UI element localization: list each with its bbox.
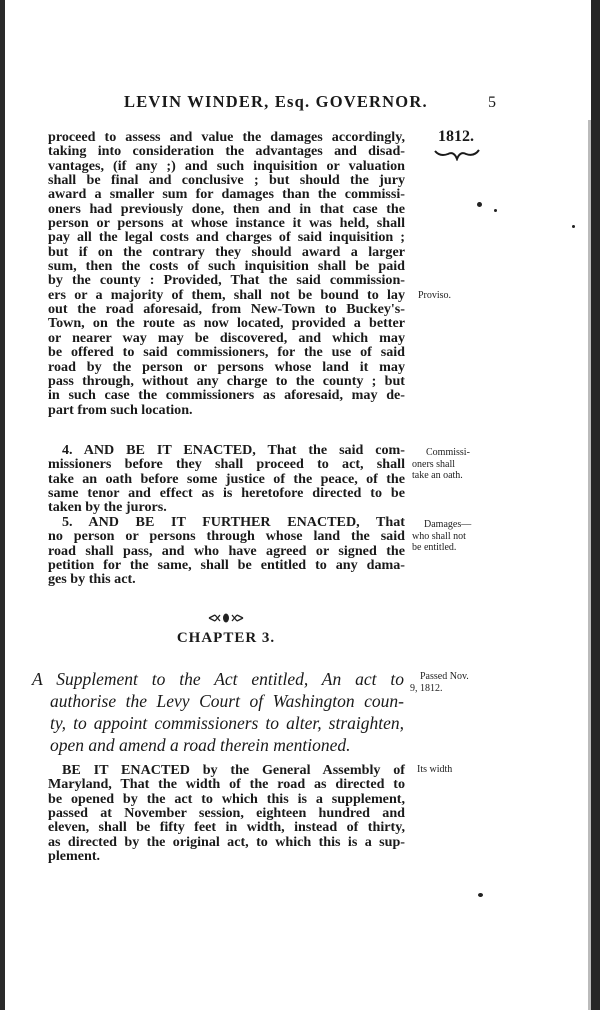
scan-edge-shadow: [588, 120, 591, 1010]
note-line: Damages—: [412, 519, 471, 531]
text-line: or nearer way may be discovered, and whi…: [48, 331, 405, 345]
text-line: open and amend a road therein mentioned.: [32, 734, 404, 756]
text-line: shall be final and conclusive ; but shou…: [48, 173, 405, 187]
text-line: Town, on the route as now located, provi…: [48, 316, 405, 330]
section-5-paragraph: 5. AND BE IT FURTHER ENACTED, That no pe…: [48, 515, 405, 587]
text-line: person or persons at whose instance it w…: [48, 216, 405, 230]
text-line: by the county : Provided, That the said …: [48, 273, 405, 287]
text-line: sum, then the costs of such inquisition …: [48, 259, 405, 273]
text-line: ges by this act.: [48, 572, 405, 586]
note-line: Passed Nov.: [410, 671, 469, 683]
section-4-paragraph: 4. AND BE IT ENACTED, That the said com-…: [48, 443, 405, 515]
margin-note-damages: Damages— who shall not be entitled.: [412, 519, 471, 554]
margin-note-passed: Passed Nov. 9, 1812.: [410, 671, 469, 694]
text-line: award a smaller sum for damages than the…: [48, 187, 405, 201]
text-line: road by the person or persons whose land…: [48, 360, 405, 374]
text-line: passed at November session, eighteen hun…: [48, 806, 405, 820]
text-line: proceed to assess and value the damages …: [48, 130, 405, 144]
enacting-paragraph: BE IT ENACTED by the General Assembly of…: [48, 763, 405, 863]
page-number: 5: [488, 94, 496, 112]
text-line: as directed by the original act, to whic…: [48, 835, 405, 849]
text-line: A Supplement to the Act entitled, An act…: [32, 668, 404, 690]
text-line: same tenor and effect as is heretofore d…: [48, 486, 405, 500]
continuation-paragraph: proceed to assess and value the damages …: [48, 130, 405, 417]
note-line: who shall not: [412, 531, 471, 543]
text-line: be opened by the act to which this is a …: [48, 792, 405, 806]
margin-note-width: Its width: [417, 764, 452, 776]
text-line: road shall pass, and who have agreed or …: [48, 544, 405, 558]
text-line: Maryland, That the width of the road as …: [48, 777, 405, 791]
margin-year: 1812.: [438, 128, 474, 146]
act-title: A Supplement to the Act entitled, An act…: [32, 668, 404, 756]
text-line: ty, to appoint commissioners to alter, s…: [32, 712, 404, 734]
scan-edge-right: [591, 0, 600, 1010]
ink-speck: [477, 202, 482, 207]
text-line: be offered to said commissioners, for th…: [48, 345, 405, 359]
text-line: eleven, shall be fifty feet in width, in…: [48, 820, 405, 834]
text-line: BE IT ENACTED by the General Assembly of: [48, 763, 405, 777]
brace-ornament-icon: [434, 147, 480, 161]
text-line: oners had previously done, then and in t…: [48, 202, 405, 216]
text-line: authorise the Levy Court of Washington c…: [32, 690, 404, 712]
text-line: 4. AND BE IT ENACTED, That the said com-: [48, 443, 405, 457]
text-line: vantages, (if any ;) and such inquisitio…: [48, 159, 405, 173]
text-line: ers or a majority of them, shall not be …: [48, 288, 405, 302]
ink-speck: [572, 225, 575, 228]
text-line: pay all the legal costs and charges of s…: [48, 230, 405, 244]
scan-edge-left: [0, 0, 5, 1010]
note-line: take an oath.: [412, 470, 470, 482]
text-line: petition for the same, shall be entitled…: [48, 558, 405, 572]
text-line: 5. AND BE IT FURTHER ENACTED, That: [48, 515, 405, 529]
note-line: oners shall: [412, 459, 470, 471]
text-line: missioners before they shall proceed to …: [48, 457, 405, 471]
text-line: plement.: [48, 849, 405, 863]
ornament-divider-icon: [208, 613, 244, 623]
running-head: LEVIN WINDER, Esq. GOVERNOR.: [124, 92, 428, 112]
text-line: taken by the jurors.: [48, 500, 405, 514]
note-line: 9, 1812.: [410, 683, 469, 695]
text-line: pass through, without any charge to the …: [48, 374, 405, 388]
ink-speck: [478, 893, 483, 897]
ink-speck: [494, 209, 497, 212]
note-line: Commissi-: [412, 447, 470, 459]
text-line: out the road aforesaid, from New-Town to…: [48, 302, 405, 316]
text-line: part from such location.: [48, 403, 405, 417]
text-line: taking into consideration the advantages…: [48, 144, 405, 158]
text-line: in such case the commissioners as afores…: [48, 388, 405, 402]
note-line: be entitled.: [412, 542, 471, 554]
text-line: no person or persons through whose land …: [48, 529, 405, 543]
margin-note-proviso: Proviso.: [418, 290, 451, 302]
chapter-title: CHAPTER 3.: [0, 630, 452, 647]
margin-note-oath: Commissi- oners shall take an oath.: [412, 447, 470, 482]
text-line: take an oath before some justice of the …: [48, 472, 405, 486]
text-line: but if on the contrary they should award…: [48, 245, 405, 259]
